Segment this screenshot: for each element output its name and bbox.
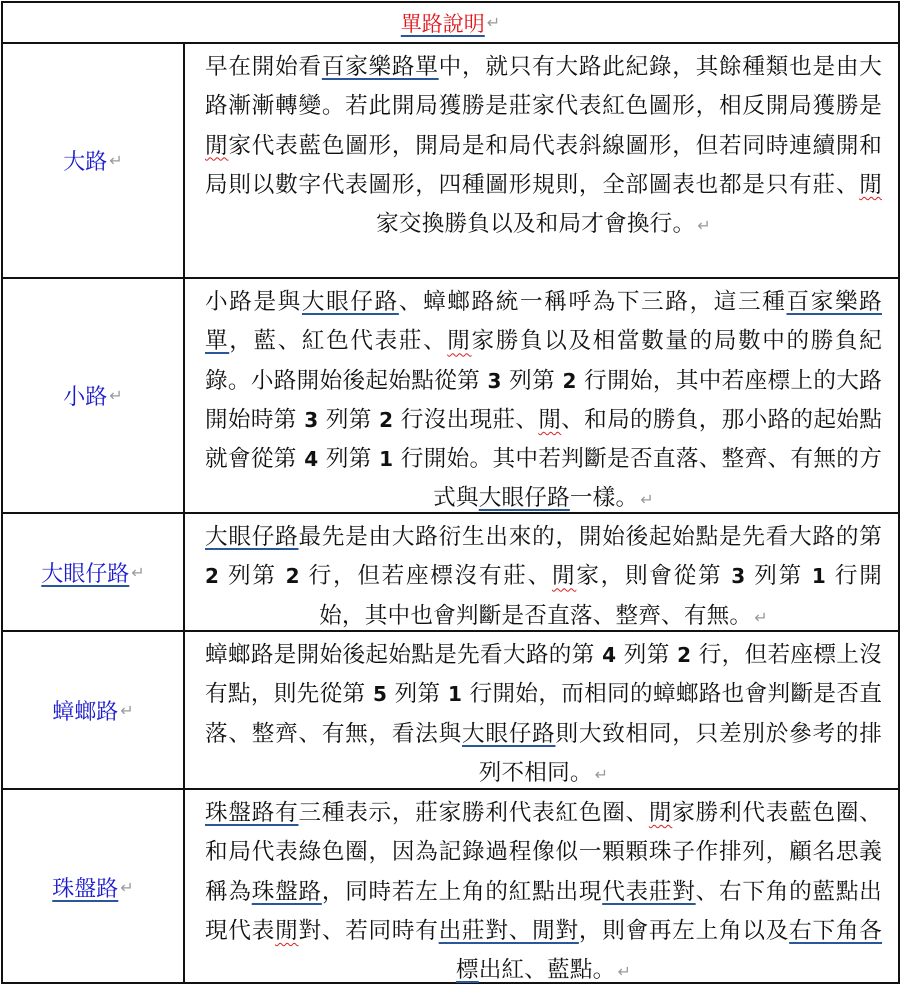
spellcheck-flagged-text: 閒 xyxy=(538,407,561,433)
spellcheck-flagged-text: 閒 xyxy=(859,172,882,198)
body-text: 、蟑螂路統一稱呼為下三路，這三種 xyxy=(399,289,787,315)
title-row: 單路說明 ↵ xyxy=(3,3,898,44)
body-text: 早在開始看 xyxy=(205,54,322,80)
body-text: 三種表示，莊家勝利代表紅色圈、 xyxy=(298,800,648,826)
body-text: 家，則會從第 xyxy=(576,563,731,589)
table-row-cockroach-road: 蟑螂路 ↵ 蟑螂路是開始後起始點是先看大路的第 4 列第 2 行，但若座標上沒有… xyxy=(3,632,898,790)
road-explanation-table: 單路說明 ↵ 大路 ↵ 早在開始看百家樂路單中，就只有大路此紀錄，其餘種類也是由… xyxy=(1,1,900,984)
inline-link[interactable]: 大眼仔路 xyxy=(205,524,298,550)
number-text: 1 xyxy=(448,682,462,706)
body-text: 出紅、藍點。 xyxy=(479,957,616,983)
inline-link[interactable]: 百家樂路單 xyxy=(322,54,439,80)
inline-link[interactable]: 大眼仔路 xyxy=(479,485,570,511)
row-label-link[interactable]: 珠盤路 xyxy=(52,872,118,903)
row-description: 大眼仔路最先是由大路衍生出來的，開始後起始點是先看大路的第 2 列第 2 行，但… xyxy=(185,514,898,630)
paragraph-mark-icon: ↵ xyxy=(595,765,609,784)
table-title: 單路說明 xyxy=(401,8,485,38)
row-description: 小路是與大眼仔路、蟑螂路統一稱呼為下三路，這三種百家樂路單，藍、紅色代表莊、閒家… xyxy=(185,279,898,512)
paragraph-mark-icon: ↵ xyxy=(120,878,133,897)
table-row-big-road: 大路 ↵ 早在開始看百家樂路單中，就只有大路此紀錄，其餘種類也是由大路漸漸轉變。… xyxy=(3,44,898,279)
paragraph-mark-icon: ↵ xyxy=(487,13,500,32)
row-description: 珠盤路有三種表示，莊家勝利代表紅色圈、閒家勝利代表藍色圈、和局代表綠色圈，因為記… xyxy=(185,790,898,984)
row-label-cell: 珠盤路 ↵ xyxy=(3,790,185,984)
paragraph-mark-icon: ↵ xyxy=(109,386,122,405)
body-text: ，則會再左上角以及 xyxy=(579,918,789,944)
number-text: 3 xyxy=(304,408,318,432)
row-description: 蟑螂路是開始後起始點是先看大路的第 4 列第 2 行，但若座標上沒有點，則先從第… xyxy=(185,632,898,788)
inline-link[interactable]: 代表莊對 xyxy=(602,879,695,905)
row-label-cell: 小路 ↵ xyxy=(3,279,185,512)
row-label-cell: 蟑螂路 ↵ xyxy=(3,632,185,788)
row-label-cell: 大路 ↵ xyxy=(3,44,185,277)
body-text: 列第 xyxy=(318,407,379,433)
body-text: 家代表藍色圖形，開局是和局代表斜線圖形，但若同時連續開和局則以數字代表圖形，四種… xyxy=(205,133,882,198)
body-text: ，同時若左上角的紅點出現 xyxy=(322,879,602,905)
body-text: 小路是與 xyxy=(205,289,302,315)
number-text: 4 xyxy=(304,447,318,471)
number-text: 2 xyxy=(286,564,300,588)
row-label-link[interactable]: 大眼仔路 xyxy=(41,557,129,588)
number-text: 5 xyxy=(373,682,387,706)
number-text: 3 xyxy=(731,564,745,588)
body-text: 列第 xyxy=(219,563,286,589)
body-text: 家交換勝負以及和局才會換行。 xyxy=(376,211,695,237)
inline-link[interactable]: 出莊對、閒對 xyxy=(439,918,579,944)
spellcheck-flagged-text: 閒 xyxy=(447,328,471,354)
spellcheck-flagged-text: 閒 xyxy=(275,918,298,944)
body-text: 列第 xyxy=(387,681,448,707)
number-text: 2 xyxy=(379,408,393,432)
number-text: 2 xyxy=(205,564,219,588)
number-text: 3 xyxy=(488,369,502,393)
row-label: 小路 xyxy=(63,380,107,411)
row-description: 早在開始看百家樂路單中，就只有大路此紀錄，其餘種類也是由大路漸漸轉變。若此開局獲… xyxy=(185,44,898,277)
body-text: 對、若同時有 xyxy=(298,918,438,944)
body-text: 一樣。 xyxy=(570,485,638,511)
number-text: 1 xyxy=(379,447,393,471)
body-text: 最先是由大路衍生出來的，開始後起始點是先看大路的第 xyxy=(298,524,882,550)
row-label: 大路 xyxy=(63,145,107,176)
number-text: 1 xyxy=(812,564,826,588)
paragraph-mark-icon: ↵ xyxy=(754,608,768,627)
inline-link[interactable]: 大眼仔路 xyxy=(462,721,555,747)
inline-link[interactable]: 大眼仔路 xyxy=(302,289,399,315)
body-text: 列第 xyxy=(616,642,677,668)
body-text: 列第 xyxy=(502,368,563,394)
table-row-bead-plate-road: 珠盤路 ↵ 珠盤路有三種表示，莊家勝利代表紅色圈、閒家勝利代表藍色圈、和局代表綠… xyxy=(3,790,898,984)
paragraph-mark-icon: ↵ xyxy=(640,490,654,509)
paragraph-mark-icon: ↵ xyxy=(617,962,631,981)
paragraph-mark-icon: ↵ xyxy=(109,151,122,170)
inline-link[interactable]: 珠盤路 xyxy=(252,879,322,905)
number-text: 4 xyxy=(602,643,616,667)
body-text: ，藍、紅色代表莊、 xyxy=(229,328,447,354)
body-text: 列第 xyxy=(318,446,379,472)
number-text: 2 xyxy=(563,369,577,393)
row-label-cell: 大眼仔路 ↵ xyxy=(3,514,185,630)
table-row-big-eye-road: 大眼仔路 ↵ 大眼仔路最先是由大路衍生出來的，開始後起始點是先看大路的第 2 列… xyxy=(3,514,898,632)
body-text: 行沒出現莊、 xyxy=(393,407,538,433)
row-label: 蟑螂路 xyxy=(52,695,118,726)
spellcheck-flagged-text: 閒 xyxy=(205,133,228,159)
paragraph-mark-icon: ↵ xyxy=(697,216,711,235)
table-row-small-road: 小路 ↵ 小路是與大眼仔路、蟑螂路統一稱呼為下三路，這三種百家樂路單，藍、紅色代… xyxy=(3,279,898,514)
spellcheck-flagged-text: 閒 xyxy=(649,800,672,826)
spellcheck-flagged-text: 閒 xyxy=(552,563,576,589)
body-text: 蟑螂路是開始後起始點是先看大路的第 xyxy=(205,642,602,668)
paragraph-mark-icon: ↵ xyxy=(131,563,144,582)
number-text: 2 xyxy=(677,643,691,667)
body-text: 列第 xyxy=(745,563,812,589)
paragraph-mark-icon: ↵ xyxy=(120,701,133,720)
inline-link[interactable]: 珠盤路有 xyxy=(205,800,298,826)
body-text: 行，但若座標沒有莊、 xyxy=(300,563,552,589)
